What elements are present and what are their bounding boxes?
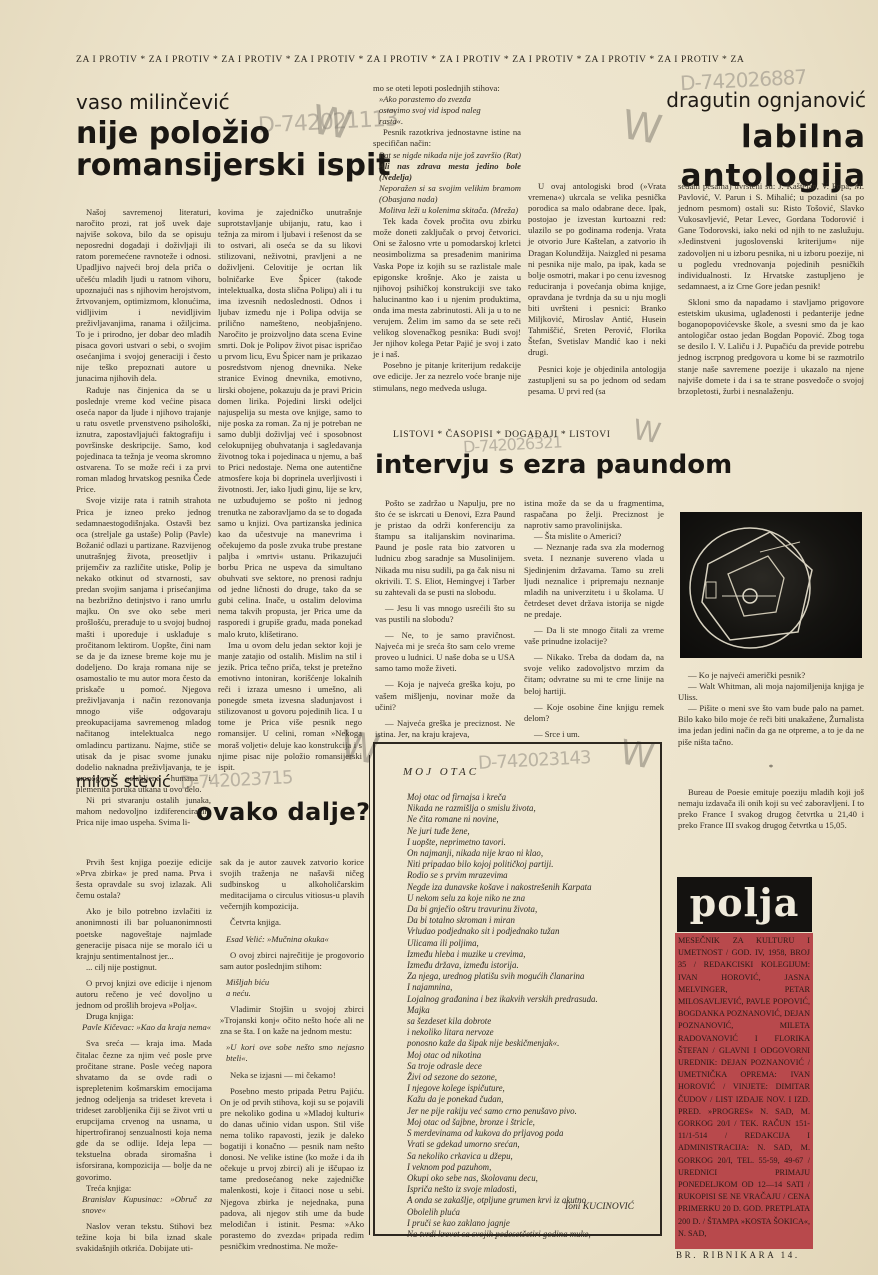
verse-line: rasta«. xyxy=(373,116,521,127)
pencil-check-mark-icon: W xyxy=(630,413,663,450)
top-banner: ZA I PROTIV * ZA I PROTIV * ZA I PROTIV … xyxy=(76,54,866,65)
poem-line: Negde iza dunavske košave i nakostrešeni… xyxy=(407,882,598,893)
impressum-box: MESEČNIK ZA KULTURU I UMETNOST / GOD. IV… xyxy=(675,933,813,1249)
poem-line: Lojalnog građanina i bez ikakvih verskih… xyxy=(407,994,598,1005)
poem-line: Da bi totalno skroman i miran xyxy=(407,915,598,926)
headline-line: romansijerski ispit xyxy=(76,150,391,182)
article-column: Pošto se zadržao u Napulju, pre no što ć… xyxy=(375,498,515,740)
paragraph: Skloni smo da napadamo i stavljamo prigo… xyxy=(678,297,864,397)
interview-question: — Ko je najveći američki pesnik? xyxy=(678,670,864,681)
poem-line: I veknom pod pazuhom, xyxy=(407,1162,598,1173)
paragraph: U ovaj antologiski brod (»Vrata vremena«… xyxy=(528,181,666,359)
paragraph: O ovoj zbirci najrečitije je progovorio … xyxy=(220,950,364,972)
paragraph: Ima u ovom delu jedan sektor koji je man… xyxy=(218,640,362,773)
poem-line: Rodio se s prvim mrazevima xyxy=(407,870,598,881)
poem-line: On najmanji, nikada nije krao ni klao, xyxy=(407,848,598,859)
poem-line: i nekoliko litara nervoze xyxy=(407,1027,598,1038)
verse-line: ostavimo svoj vid ispod naleg xyxy=(373,105,521,116)
article-author: vaso milinčević xyxy=(76,90,230,114)
poem-line: I njegove kolege ispičuture, xyxy=(407,1083,598,1094)
article-headline: intervju s ezra paundom xyxy=(375,452,732,479)
interview-answer: istina može da se da u fragmentima, rasp… xyxy=(524,498,664,531)
paragraph: sak da je autor zauvek zatvorio korice s… xyxy=(220,857,364,912)
poem-title: MOJ OTAC xyxy=(403,766,479,778)
paragraph: Posebno je pitanje kriterijum redakcije … xyxy=(373,360,521,393)
article-column: sedam pesama) uvršteni su: J. Kaštelan, … xyxy=(678,181,864,397)
verse-line: Rat se nigde nikada nije još završio (Ra… xyxy=(373,150,521,161)
article-column: U ovaj antologiski brod (»Vrata vremena«… xyxy=(528,181,666,397)
book-label: Druga knjiga: xyxy=(76,1011,212,1022)
poem-line: Između hleba i muzike u crevima, xyxy=(407,949,598,960)
polja-logo: polja xyxy=(677,877,812,932)
poem-line: Niti pripadao bilo kojoj političkoj part… xyxy=(407,859,598,870)
paragraph: Svoje vizije rata i ratnih strahota Pric… xyxy=(76,495,211,795)
poem-line: Živi od sezone do sezone, xyxy=(407,1072,598,1083)
interview-question: — Koje osobine čine knjigu remek delom? xyxy=(524,702,664,724)
poem-line: Da bi gnječio oštru travurinu života, xyxy=(407,904,598,915)
poem-author: Toni KUCINOVIĆ xyxy=(564,1202,634,1212)
poem-line: I uopšte, neprimetno tavori. xyxy=(407,837,598,848)
paragraph: Ako je bilo potrebno izvlačiti iz anonim… xyxy=(76,906,212,961)
article-continuation: mo se oteti lepoti poslednjih stihova: »… xyxy=(373,83,521,394)
paragraph: Pesnik razotkriva jednostavne istine na … xyxy=(373,127,521,149)
interview-answer: — Srce i um. xyxy=(524,729,664,740)
book-label: Četvrta knjiga. xyxy=(220,917,364,928)
paragraph: sedam pesama) uvršteni su: J. Kaštelan, … xyxy=(678,181,864,292)
poem-line: Kažu da je ponekad čudan, xyxy=(407,1094,598,1105)
headline-line: labilna xyxy=(640,118,866,157)
article-column: — Ko je najveći američki pesnik? — Walt … xyxy=(678,670,864,831)
interview-answer: — Neznanje rađa sva zla modernog sveta. … xyxy=(524,542,664,620)
interview-question: — Jesu li vas mnogo usrećili što su vas … xyxy=(375,603,515,625)
article-column: Našoj savremenoj literaturi, naročito pr… xyxy=(76,207,211,828)
poem-body: Moj otac od firnajsa i kreča Nikada ne r… xyxy=(407,792,598,1240)
poem-line: U nekom selu za koje niko ne zna xyxy=(407,893,598,904)
verse-line: Ali nas zdrava mesta jedino bole (Nedelj… xyxy=(373,161,521,183)
paragraph: Našoj savremenoj literaturi, naročito pr… xyxy=(76,207,211,385)
verse-line: »U kori ove sobe nešto smo nejasno bteli… xyxy=(220,1042,364,1064)
poem-line: Ispriča nešto iz svoje mladosti, xyxy=(407,1184,598,1195)
poem-line: Vrludao podjednako sit i podjednako tuža… xyxy=(407,926,598,937)
poem-line: sa šezdeset kila dobrote xyxy=(407,1016,598,1027)
poem-line: I najamnina, xyxy=(407,982,598,993)
poem-line: Okupi oko sebe nas, školovanu decu, xyxy=(407,1173,598,1184)
separator-asterisk: * xyxy=(678,762,864,773)
poem-line: Majka xyxy=(407,1005,598,1016)
poem-line: Sa troje odrasle dece xyxy=(407,1061,598,1072)
article-column: sak da je autor zauvek zatvorio korice s… xyxy=(220,857,364,1252)
poem-line: ponosno kaže da šipak nije beskičmenjak«… xyxy=(407,1038,598,1049)
poem-line: Moj otac od šajbne, bronze i štricle, xyxy=(407,1117,598,1128)
paragraph: mo se oteti lepoti poslednjih stihova: xyxy=(373,83,521,94)
article-headline: ovako dalje? xyxy=(196,800,371,825)
poem-line: Moj otac od firnajsa i kreča xyxy=(407,792,598,803)
poem-line: Ne juri tuđe žene, xyxy=(407,826,598,837)
paragraph: Sva sreća — kraja ima. Mada čitalac čezn… xyxy=(76,1038,212,1182)
paragraph: Vladimir Stojšin u svojoj zbirci »Trojan… xyxy=(220,1004,364,1037)
poem-line: Nikada ne razmišlja o smislu života, xyxy=(407,803,598,814)
book-title: Esad Velić: »Mučnina okuka« xyxy=(220,934,364,945)
poem-line: Sa nekoliko crkavica u džepu, xyxy=(407,1151,598,1162)
paragraph: Pošto se zadržao u Napulju, pre no što ć… xyxy=(375,498,515,598)
interview-answer: — Pišite o meni sve što vam bude palo na… xyxy=(678,703,864,747)
article-author: dragutin ognjanović xyxy=(663,88,866,112)
verse-line: Mišljah biću xyxy=(220,977,364,988)
column-rule xyxy=(369,755,370,1235)
abstract-geometric-icon xyxy=(680,512,862,658)
poem-box: MOJ OTAC Moj otac od firnajsa i kreča Ni… xyxy=(373,742,662,1236)
headline-line: nije položio xyxy=(76,118,391,150)
article-column: Prvih šest knjiga poezije edicije »Prva … xyxy=(76,857,212,1254)
paragraph: Neka se izjasni — mi čekamo! xyxy=(220,1070,364,1081)
interview-answer: — Walt Whitman, ali moja najomiljenija k… xyxy=(678,681,864,703)
poem-line: Vrati se gdekad umorno srećan, xyxy=(407,1139,598,1150)
paragraph: ... cilj nije postignut. xyxy=(76,962,212,973)
interview-question: — Šta mislite o Americi? xyxy=(524,531,664,542)
verse-line: Molitva leži u kolenima skitača. (Mreža) xyxy=(373,205,521,216)
verse-line: a neću. xyxy=(220,988,364,999)
interview-answer: — Ne, to je samo pravičnost. Najveća mi … xyxy=(375,630,515,674)
poem-line: Između država, između istorija. xyxy=(407,960,598,971)
verse-line: Neporažen si sa svojim velikim bramom (O… xyxy=(373,183,521,205)
poem-line: Za njega, urednog platišu svih mogućih č… xyxy=(407,971,598,982)
poem-line: Na tvrdi krevet sa svojih pedesetčetiri … xyxy=(407,1229,598,1240)
section-header: LISTOVI * ČASOPISI * DOGAĐAJI * LISTOVI xyxy=(393,429,611,440)
poem-line: Moj otac od nikotina xyxy=(407,1050,598,1061)
paragraph: Posebno mesto pripada Petru Pajiću. On j… xyxy=(220,1086,364,1252)
interview-question: — Da li ste mnogo čitali za vreme vaše p… xyxy=(524,625,664,647)
poem-line: S merdevinama od kukova do prljavog poda xyxy=(407,1128,598,1139)
poem-line: I pruči se kao zaklano jagnje xyxy=(407,1218,598,1229)
book-title: Pavle Kičevac: »Kao da kraja nema« xyxy=(76,1022,212,1033)
paragraph: Bureau de Poesie emituje poeziju mladih … xyxy=(678,787,864,831)
article-column: istina može da se da u fragmentima, rasp… xyxy=(524,498,664,740)
paragraph: Ni pri stvaranju ostalih junaka, mahom n… xyxy=(76,795,211,828)
illustration-image xyxy=(680,512,862,658)
article-author: miloš stević xyxy=(76,772,171,791)
paragraph: Tek kada čovek pročita ovu zbirku može d… xyxy=(373,216,521,360)
article-column: kovima je zajedničko unutrašnje suprotst… xyxy=(218,207,362,773)
book-label: Treća knjiga: xyxy=(76,1183,212,1194)
verse-line: »Ako porastemo do zvezda xyxy=(373,94,521,105)
paragraph: kovima je zajedničko unutrašnje suprotst… xyxy=(218,207,362,640)
paragraph: Raduje nas činjenica da se u poslednje v… xyxy=(76,385,211,496)
book-title: Branislav Kupusinac: »Obruč za snove« xyxy=(76,1194,212,1216)
poem-line: Ulicama ili poljima, xyxy=(407,938,598,949)
interview-answer: — Najveća greška je preciznost. Ne istin… xyxy=(375,718,515,740)
article-headline: nije položio romansijerski ispit xyxy=(76,118,391,181)
interview-question: — Koja je najveća greška koju, po vašem … xyxy=(375,679,515,712)
paragraph: O prvoj knjizi ove edicije i njenom auto… xyxy=(76,978,212,1011)
paragraph: Prvih šest knjiga poezije edicije »Prva … xyxy=(76,857,212,901)
impressum-address-end: BR. RIBNIKARA 14. xyxy=(676,1250,800,1260)
poem-line: Ne čita romane ni novine, xyxy=(407,814,598,825)
interview-answer: — Nikako. Treba da dodam da, na svoje ve… xyxy=(524,652,664,696)
paragraph: Naslov veran tekstu. Stihovi bez težine … xyxy=(76,1221,212,1254)
paragraph: Pesnici koje je objedinila antologija za… xyxy=(528,364,666,397)
poem-line: Jer ne pije rakiju već samo crno penušav… xyxy=(407,1106,598,1117)
